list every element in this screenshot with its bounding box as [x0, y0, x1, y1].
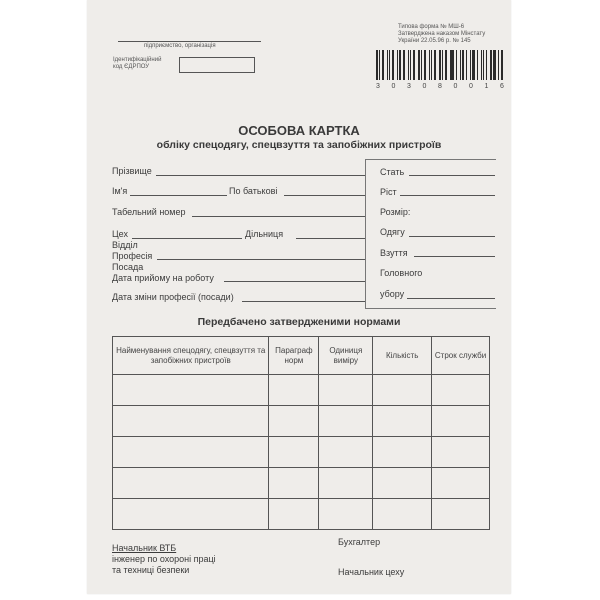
- sex-label: Стать: [380, 167, 404, 177]
- section-label: Дільниця: [245, 229, 283, 239]
- table-row: [113, 437, 490, 468]
- barcode-digit: 3: [376, 83, 380, 90]
- barcode-bar: [445, 50, 447, 80]
- barcode-bar: [501, 50, 503, 80]
- surname-field[interactable]: [156, 175, 366, 176]
- organization-label: підприємство, організація: [144, 43, 216, 49]
- norms-table: Найменування спецодягу, спецвзуття та за…: [112, 336, 490, 530]
- col-paragraph: Параграф норм: [269, 337, 319, 375]
- col-unit: Одиниця виміру: [319, 337, 373, 375]
- form-approval-date: України 22.05.96 р. № 145: [398, 38, 471, 44]
- table-cell[interactable]: [113, 375, 269, 406]
- barcode-bar: [421, 50, 422, 80]
- hire-date-label: Дата прийому на роботу: [112, 273, 214, 283]
- norms-heading: Передбачено затвердженими нормами: [87, 316, 511, 328]
- form-approval: Затверджена наказом Мінстату: [398, 31, 485, 37]
- barcode-digit: 0: [423, 83, 427, 90]
- edrpou-label-line1: Ідентифікаційний: [113, 57, 161, 63]
- workshop-head-label: Начальник цеху: [338, 567, 404, 577]
- card-subtitle: обліку спецодягу, спецвзуття та запобіжн…: [87, 139, 511, 151]
- department-label: Відділ: [112, 240, 138, 250]
- patronymic-label: По батькові: [229, 186, 277, 196]
- clothing-field[interactable]: [409, 236, 495, 237]
- barcode-digit: 3: [407, 83, 411, 90]
- col-item-name: Найменування спецодягу, спецвзуття та за…: [113, 337, 269, 375]
- table-cell[interactable]: [373, 406, 432, 437]
- table-cell[interactable]: [269, 499, 319, 530]
- barcode-bar: [483, 50, 484, 80]
- size-label: Розмір:: [380, 207, 410, 217]
- barcode-bar: [498, 50, 499, 80]
- personnel-number-field[interactable]: [192, 216, 366, 217]
- barcode-bar: [397, 50, 398, 80]
- profession-change-date-label: Дата зміни професії (посади): [112, 292, 234, 302]
- headwear-field[interactable]: [407, 298, 495, 299]
- barcode-bar: [466, 50, 468, 80]
- position-label: Посада: [112, 262, 143, 272]
- table-cell[interactable]: [319, 375, 373, 406]
- barcode-bar: [399, 50, 402, 80]
- table-cell[interactable]: [432, 468, 490, 499]
- table-cell[interactable]: [269, 406, 319, 437]
- barcode-bar: [442, 50, 443, 80]
- barcode-bar: [477, 50, 478, 80]
- form-type: Типова форма № МШ-6: [398, 24, 464, 30]
- barcode-digit: 0: [454, 83, 458, 90]
- barcode-digit: 0: [392, 83, 396, 90]
- table-cell[interactable]: [269, 437, 319, 468]
- barcode-bar: [418, 50, 421, 80]
- workshop-label: Цех: [112, 229, 128, 239]
- table-row: [113, 468, 490, 499]
- table-cell[interactable]: [373, 499, 432, 530]
- barcode-bar: [462, 50, 464, 80]
- table-cell[interactable]: [113, 437, 269, 468]
- barcode-bar: [392, 50, 394, 80]
- col-quantity: Кількість: [373, 337, 432, 375]
- barcode-bar: [376, 50, 378, 80]
- barcode-bar: [439, 50, 441, 80]
- barcode: [376, 50, 504, 80]
- barcode-bar: [451, 50, 454, 80]
- table-row: [113, 406, 490, 437]
- headwear-label-line2: убору: [380, 289, 404, 299]
- table-cell[interactable]: [432, 406, 490, 437]
- table-cell[interactable]: [373, 375, 432, 406]
- footwear-label: Взуття: [380, 248, 408, 258]
- profession-label: Професія: [112, 251, 152, 261]
- table-cell[interactable]: [373, 468, 432, 499]
- barcode-digit: 0: [469, 83, 473, 90]
- card-title: ОСОБОВА КАРТКА: [87, 123, 511, 138]
- head-vtb-label: Начальник ВТБ: [112, 543, 176, 553]
- barcode-bar: [429, 50, 430, 80]
- barcode-digit: 6: [500, 83, 504, 90]
- engineer-label-line1: інженер по охороні праці: [112, 554, 216, 564]
- barcode-bar: [413, 50, 415, 80]
- personnel-number-label: Табельний номер: [112, 207, 186, 217]
- accountant-label: Бухгалтер: [338, 537, 380, 547]
- barcode-bar: [490, 50, 492, 80]
- barcode-bar: [450, 50, 451, 80]
- table-cell[interactable]: [432, 375, 490, 406]
- col-service-life: Строк служби: [432, 337, 490, 375]
- barcode-bar: [387, 50, 388, 80]
- table-cell[interactable]: [269, 468, 319, 499]
- height-label: Ріст: [380, 187, 397, 197]
- organization-line[interactable]: [118, 41, 261, 42]
- table-cell[interactable]: [432, 437, 490, 468]
- barcode-bar: [408, 50, 409, 80]
- edrpou-label-line2: код ЄДРПОУ: [113, 64, 149, 70]
- barcode-bar: [493, 50, 496, 80]
- barcode-bar: [486, 50, 487, 80]
- barcode-bar: [472, 50, 475, 80]
- barcode-bar: [460, 50, 461, 80]
- form-page: підприємство, організація Ідентифікаційн…: [87, 0, 511, 594]
- barcode-bar: [456, 50, 457, 80]
- table-cell[interactable]: [319, 406, 373, 437]
- profession-change-date-field[interactable]: [242, 301, 366, 302]
- table-cell[interactable]: [319, 468, 373, 499]
- barcode-bar: [424, 50, 426, 80]
- barcode-bar: [389, 50, 390, 80]
- table-cell[interactable]: [373, 437, 432, 468]
- barcode-digit: 8: [438, 83, 442, 90]
- barcode-digit: 1: [485, 83, 489, 90]
- engineer-label-line2: та техниці безпеки: [112, 565, 189, 575]
- barcode-bar: [481, 50, 483, 80]
- hire-date-field[interactable]: [224, 281, 366, 282]
- table-row: [113, 499, 490, 530]
- barcode-bar: [470, 50, 471, 80]
- footwear-field[interactable]: [414, 256, 495, 257]
- barcode-digits: 303080016: [376, 83, 504, 90]
- table-cell[interactable]: [432, 499, 490, 530]
- section-field[interactable]: [296, 238, 366, 239]
- barcode-bar: [382, 50, 385, 80]
- workshop-field[interactable]: [132, 238, 242, 239]
- table-cell[interactable]: [113, 468, 269, 499]
- name-label: Ім'я: [112, 186, 127, 196]
- barcode-bar: [379, 50, 380, 80]
- patronymic-field[interactable]: [284, 195, 366, 196]
- sex-field[interactable]: [409, 175, 495, 176]
- surname-label: Прізвище: [112, 166, 152, 176]
- table-cell[interactable]: [319, 499, 373, 530]
- barcode-bar: [431, 50, 432, 80]
- table-row: [113, 375, 490, 406]
- table-cell[interactable]: [113, 406, 269, 437]
- edrpou-field[interactable]: [179, 57, 255, 73]
- headwear-label-line1: Головного: [380, 268, 422, 278]
- barcode-bar: [403, 50, 405, 80]
- profession-field[interactable]: [157, 259, 366, 260]
- name-field[interactable]: [130, 195, 227, 196]
- height-field[interactable]: [400, 195, 495, 196]
- barcode-bar: [434, 50, 437, 80]
- clothing-label: Одягу: [380, 227, 405, 237]
- table-cell[interactable]: [113, 499, 269, 530]
- table-cell[interactable]: [269, 375, 319, 406]
- norms-table-header: Найменування спецодягу, спецвзуття та за…: [113, 337, 490, 375]
- table-cell[interactable]: [319, 437, 373, 468]
- barcode-bar: [410, 50, 411, 80]
